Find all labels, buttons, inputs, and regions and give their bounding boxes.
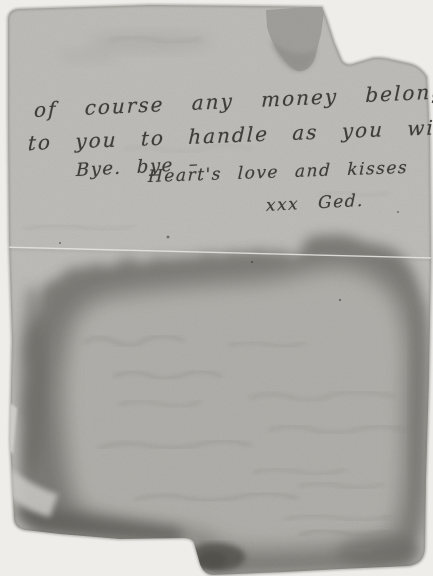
scanned-letter: of course any money belongs to you to ha…: [0, 0, 433, 576]
